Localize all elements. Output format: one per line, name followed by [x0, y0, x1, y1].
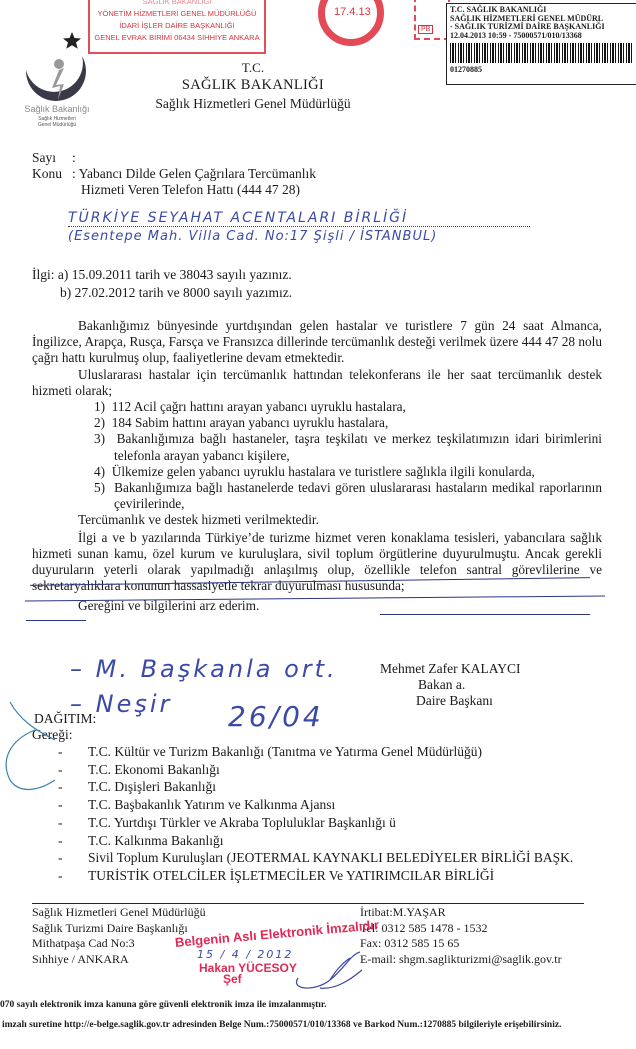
footer-line: Sağlık Hizmetleri Genel Müdürlüğü — [32, 905, 206, 921]
paragraph-4: İlgi a ve b yazılarında Türkiye’de turiz… — [32, 530, 602, 595]
barcode-icon — [450, 43, 633, 63]
service-list: 1) 112 Acil çağrı hattını arayan yabancı… — [32, 399, 602, 512]
signature-block: Mehmet Zafer KALAYCI Bakan a. Daire Başk… — [380, 661, 520, 709]
logo-name: Sağlık Bakanlığı — [12, 104, 102, 114]
distribution-item: TURİSTİK OTELCİLER İŞLETMECİLER Ve YATIR… — [58, 867, 573, 885]
pen-stroke-icon — [0, 700, 70, 800]
header-directorate: Sağlık Hizmetleri Genel Müdürlüğü — [90, 96, 416, 112]
body: Bakanlığımız bünyesinde yurtdışından gel… — [32, 318, 602, 615]
footer-contact: İrtibat:M.YAŞAR Tel: 0312 585 1478 - 153… — [360, 905, 562, 967]
header-ministry: SAĞLIK BAKANLIĞI — [90, 77, 416, 94]
postage-meter-stamp — [414, 0, 450, 40]
fine-print-2: imzalı suretine http://e-belge.saglik.go… — [2, 1020, 561, 1030]
postage-meter-pb: PB — [418, 25, 433, 34]
list-item: 5) Bakanlığımıza bağlı hastanelerde teda… — [32, 480, 602, 512]
recipient-name: TÜRKİYE SEYAHAT ACENTALARI BİRLİĞİ — [68, 210, 530, 227]
logo-sub-line: Genel Müdürlüğü — [12, 122, 102, 128]
barcode-number: 01270885 — [450, 66, 633, 75]
contact-email[interactable]: E-mail: shgm.saglikturizmi@saglik.gov.tr — [360, 952, 562, 968]
sayi-value: : — [72, 150, 76, 165]
stamp-line: SAĞLIK BAKANLIĞI — [90, 0, 264, 8]
postmark-date: 17.4.13 — [334, 6, 371, 18]
konu-line2: Hizmeti Veren Telefon Hattı (444 47 28) — [32, 182, 316, 198]
paragraph-5: Gereğini ve bilgilerini arz ederim. — [32, 598, 602, 614]
meta-block: Sayı: Konu: Yabancı Dilde Gelen Çağrılar… — [32, 150, 316, 198]
distribution-item: T.C. Dışişleri Bakanlığı — [58, 778, 573, 796]
signer-title-2: Daire Başkanı — [380, 693, 520, 709]
recipient-handwritten: TÜRKİYE SEYAHAT ACENTALARI BİRLİĞİ (Esen… — [68, 210, 530, 244]
list-item: 1) 112 Acil çağrı hattını arayan yabancı… — [32, 399, 602, 415]
pen-underline — [26, 620, 86, 621]
contact-phone: Tel: 0312 585 1478 - 1532 — [360, 921, 562, 937]
stamp-line: İDARİ İŞLER DAİRE BAŞKANLIĞI — [90, 20, 264, 32]
fine-print-1: 070 sayılı elektronik imza kanuna göre g… — [0, 1000, 327, 1010]
list-item: 3) Bakanlığımıza bağlı hastaneler, taşra… — [32, 431, 602, 463]
distribution-item: T.C. Kültür ve Turizm Bakanlığı (Tanıtma… — [58, 743, 573, 761]
distribution-item: T.C. Yurtdışı Türkler ve Akraba Topluluk… — [58, 814, 573, 832]
distribution-label: DAĞITIM: — [32, 711, 573, 727]
distribution-sublabel: Gereği: — [32, 727, 573, 743]
signer-title-1: Bakan a. — [380, 677, 520, 693]
ilgi-b: b) 27.02.2012 tarih ve 8000 sayılı yazım… — [32, 285, 292, 301]
handwritten-note-1: – M. Başkanla ort. — [70, 655, 338, 683]
signer-name: Mehmet Zafer KALAYCI — [380, 661, 520, 677]
distribution-item: T.C. Başbakanlık Yatırım ve Kalkınma Aja… — [58, 796, 573, 814]
contact-person: İrtibat:M.YAŞAR — [360, 905, 562, 921]
distribution-list: T.C. Kültür ve Turizm Bakanlığı (Tanıtma… — [58, 743, 573, 885]
ilgi-block: İlgi: a) 15.09.2011 tarih ve 38043 sayıl… — [32, 267, 292, 301]
list-item: 2) 184 Sabim hattını arayan yabancı uyru… — [32, 415, 602, 431]
barcode-label: T.C. SAĞLIK BAKANLIĞI SAĞLIK HİZMETLERİ … — [446, 3, 636, 85]
paragraph-3: Tercümanlık ve destek hizmeti verilmekte… — [32, 512, 602, 528]
distribution-item: Sivil Toplum Kuruluşları (JEOTERMAL KAYN… — [58, 849, 573, 867]
konu-label: Konu — [32, 166, 72, 182]
stamp-line: GENEL EVRAK BİRİMİ 06434 SIHHİYE ANKARA — [90, 32, 264, 44]
distribution-item: T.C. Kalkınma Bakanlığı — [58, 832, 573, 850]
konu-line1: : Yabancı Dilde Gelen Çağrılara Tercüman… — [72, 166, 316, 181]
paragraph-1: Bakanlığımız bünyesinde yurtdışından gel… — [32, 318, 602, 367]
list-item: 4) Ülkemize gelen yabancı uyruklu hastal… — [32, 464, 602, 480]
stamp-line: YÖNETİM HİZMETLERİ GENEL MÜDÜRLÜĞÜ — [90, 8, 264, 20]
paragraph-2: Uluslararası hastalar için tercümanlık h… — [32, 367, 602, 399]
recipient-address: (Esentepe Mah. Villa Cad. No:17 Şişli / … — [68, 229, 530, 244]
logo-subtitle: Sağlık Hizmetleri Genel Müdürlüğü — [12, 116, 102, 128]
handwritten-signature-icon — [290, 950, 370, 995]
header-tc: T.C. — [90, 60, 416, 76]
footer-divider — [32, 903, 584, 904]
sayi-label: Sayı — [32, 150, 72, 166]
distribution: DAĞITIM: Gereği: T.C. Kültür ve Turizm B… — [32, 711, 573, 885]
contact-fax: Fax: 0312 585 15 65 — [360, 936, 562, 952]
distribution-item: T.C. Ekonomi Bakanlığı — [58, 761, 573, 779]
incoming-stamp: SAĞLIK BAKANLIĞI YÖNETİM HİZMETLERİ GENE… — [88, 0, 266, 54]
barcode-label-line: 12.04.2013 10:59 - 75000571/010/13368 — [450, 32, 633, 41]
pen-underline — [380, 614, 590, 615]
ilgi-a: İlgi: a) 15.09.2011 tarih ve 38043 sayıl… — [32, 267, 292, 283]
